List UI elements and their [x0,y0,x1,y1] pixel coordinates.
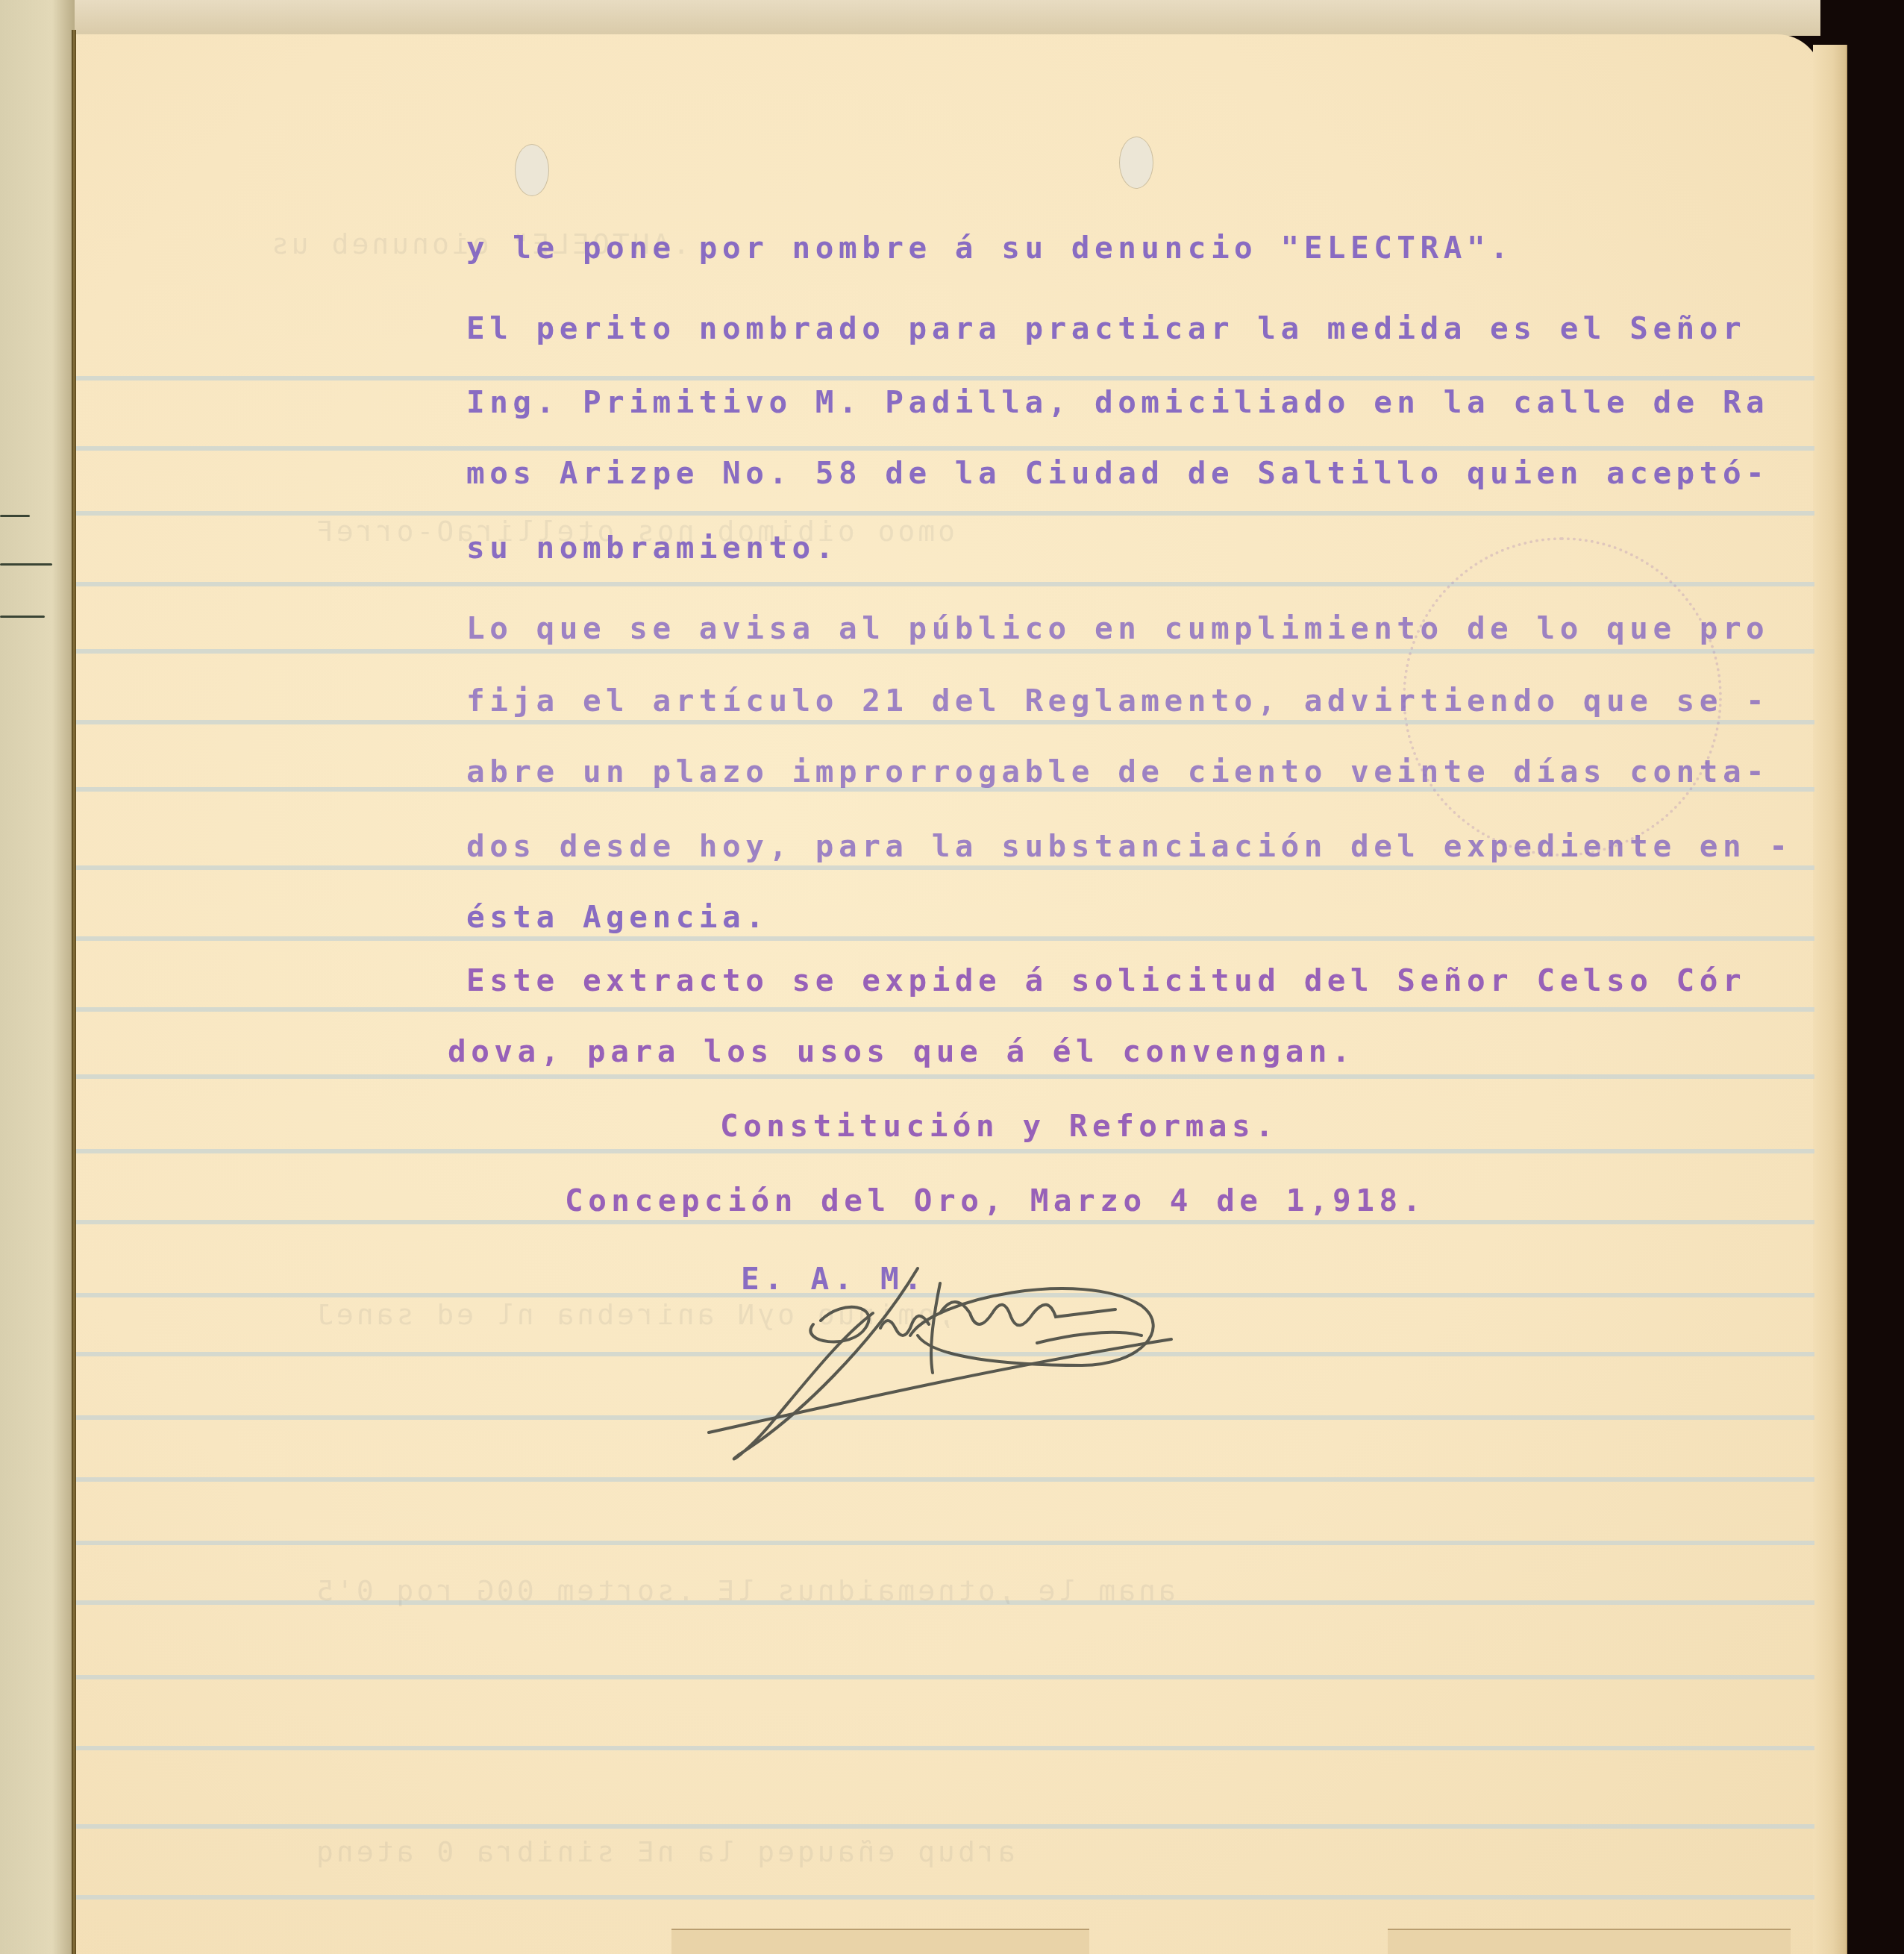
ruled-line [76,1477,1814,1482]
text-line-7: fija el artículo 21 del Reglamento, advi… [466,683,1769,718]
ruled-line [76,1746,1814,1750]
torn-paper-scrap [1388,1929,1791,1954]
ruled-line [76,1541,1814,1545]
text-line-9: dos desde hoy, para la substanciación de… [466,828,1793,864]
text-line-1: y le pone por nombre á su denuncio "ELEC… [466,230,1513,266]
place-and-date: Concepción del Oro, Marzo 4 de 1,918. [565,1183,1426,1218]
ruled-line [76,1824,1814,1829]
ruled-line [76,865,1814,870]
text-line-6: Lo que se avisa al público en cumplimien… [466,610,1769,646]
ruled-line [76,1074,1814,1079]
handwritten-signature [694,1253,1335,1477]
punch-hole [1119,137,1153,189]
text-line-12: dova, para los usos que á él convengan. [448,1033,1355,1069]
frayed-page-edge [1813,45,1847,1954]
handwriting-fragment [0,616,45,618]
ruled-line [76,936,1814,941]
handwriting-fragment [0,563,52,566]
punch-hole [515,144,549,196]
text-line-5: su nombramiento. [466,530,839,566]
text-line-3: Ing. Primitivo M. Padilla, domiciliado e… [466,384,1769,420]
ruled-line [76,1007,1814,1012]
text-line-2: El perito nombrado para practicar la med… [466,310,1746,346]
ruled-line [76,446,1814,451]
ruled-line [76,1675,1814,1679]
ruled-line [76,376,1814,381]
text-line-4: mos Arizpe No. 58 de la Ciudad de Saltil… [466,455,1769,491]
torn-paper-scrap [671,1929,1089,1954]
ruled-line [76,1895,1814,1900]
ruled-line [76,1149,1814,1153]
previous-page-top-strip [0,0,1820,36]
left-facing-page [0,0,75,1954]
text-line-8: abre un plazo improrrogable de ciento ve… [466,754,1769,789]
ruled-line [76,1220,1814,1224]
closing-motto: Constitución y Reformas. [720,1108,1278,1144]
handwriting-fragment [0,515,30,517]
text-line-10: ésta Agencia. [466,899,768,935]
text-line-11: Este extracto se expide á solicitud del … [466,962,1746,998]
